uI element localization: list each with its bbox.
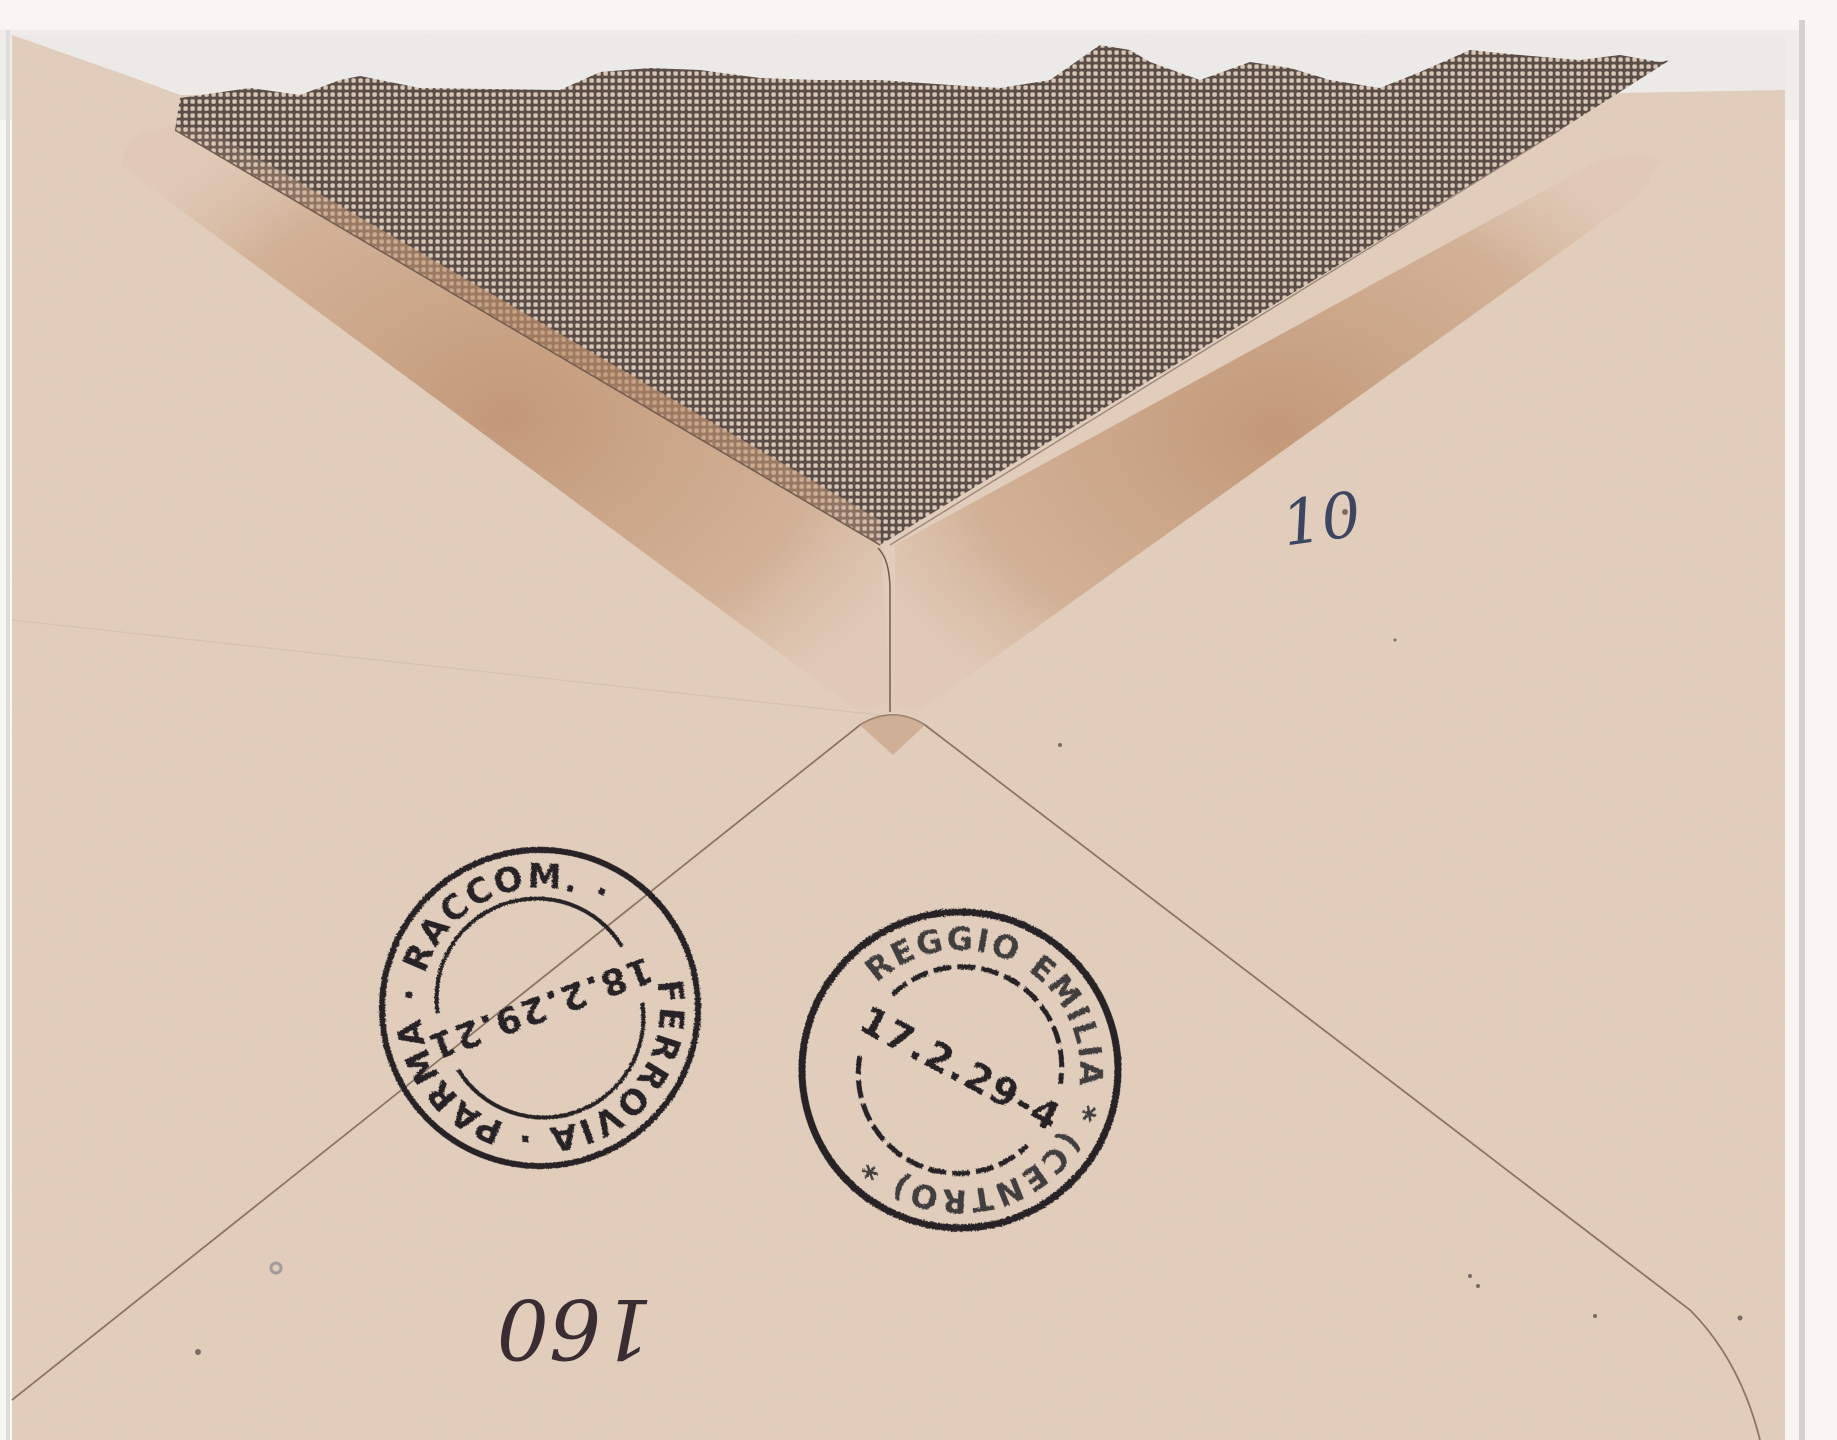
paper-grain [12,35,1785,1440]
svg-text:160: 160 [497,1280,654,1375]
handwritten-number-160: 160 [497,1280,654,1375]
envelope-scan: FERROVIA · PARMA · RACCOM. · 18.2.29.21 … [0,0,1837,1440]
envelope-svg: FERROVIA · PARMA · RACCOM. · 18.2.29.21 … [0,0,1837,1440]
pencil-mark-10: 10 [1277,477,1365,560]
svg-text:10: 10 [1277,477,1365,560]
